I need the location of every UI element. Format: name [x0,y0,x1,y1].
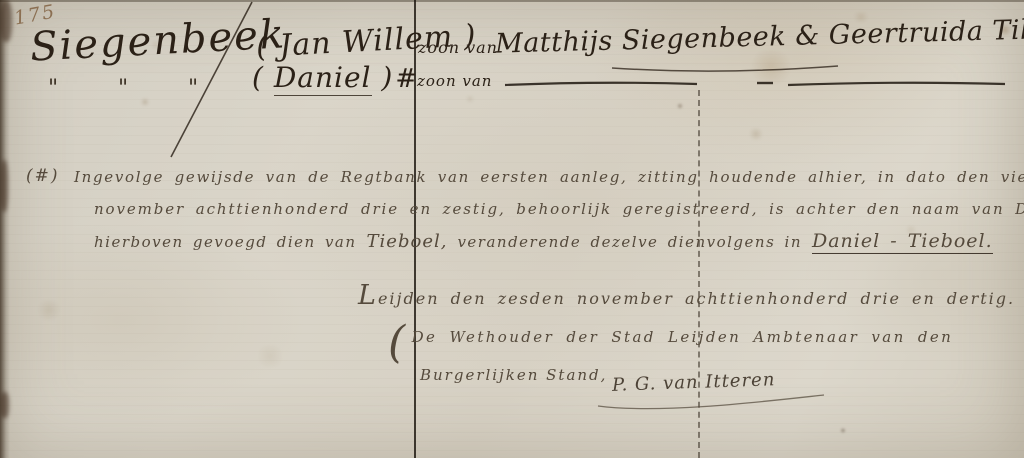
parents-underline-flourish [612,66,838,71]
ditto-mark: " [118,76,128,101]
footnote-reference-mark: # [395,64,418,94]
annotation-line-1: Ingevolge gewijsde van de Regtbank van e… [74,168,1024,186]
annotation-line3-text-2: veranderende dezelve dienvolgens in [457,233,802,251]
entry-parents-names: Matthijs Siegenbeek & Geertruida Tiboel [495,13,1024,59]
edge-blemish [0,160,8,212]
official-signature: P. G. van Itteren [612,369,776,396]
register-page: 175 Siegenbeek ( Jan Willem ) ( Daniel )… [0,0,1024,458]
stain [140,98,150,106]
relation2-dash-rule-2 [788,83,1005,85]
official-title-line-2: Burgerlijken Stand, [420,366,607,384]
stain [36,300,62,320]
stain [748,50,794,84]
entry-surname: Siegenbeek [29,11,287,70]
open-paren: ( [252,61,264,94]
ditto-mark: " [188,76,198,101]
stain [748,128,764,140]
relation-prefix-1: zoon van [418,38,498,57]
signature-underline-flourish [598,395,824,409]
ink-strokes-overlay [0,0,1024,458]
annotation-line-3: hierboven gevoegd dien van Tieboel, vera… [94,230,993,254]
relation-prefix-2: zoon van [417,72,492,90]
stain [840,428,846,433]
edge-blemish [0,0,12,42]
annotation-line3-text-1: hierboven gevoegd dien van [94,233,357,251]
annotation-name-daniel-tieboel: Daniel - Tieboel. [812,230,993,254]
page-left-edge-shadow [0,0,10,458]
stain [677,103,683,109]
center-dashed-line [698,90,700,458]
entry-given-name-daniel: Daniel [274,61,372,96]
page-top-edge-line [0,0,1024,2]
stain [255,345,285,367]
footnote-mark: (#) [26,166,60,186]
opening-paren: ( [388,328,408,358]
ditto-mark: " [48,76,58,101]
official-title-line-1: ( De Wethouder der Stad Leijden Ambtenaa… [388,328,953,358]
entry-given-names-line2: ( Daniel )# [252,61,418,94]
annotation-dateline: Leijden den zesden november achttienhond… [358,280,1015,311]
annotation-name-tieboel: Tieboel, [367,231,448,252]
relation2-dash-rule-1 [505,83,697,85]
official-title-text: De Wethouder der Stad Leijden Ambtenaar … [412,328,954,346]
annotation-line-2: november achttienhonderd drie en zestig,… [94,200,1024,218]
edge-blemish [0,392,9,418]
stain [465,95,475,103]
close-paren: ) [381,61,393,94]
